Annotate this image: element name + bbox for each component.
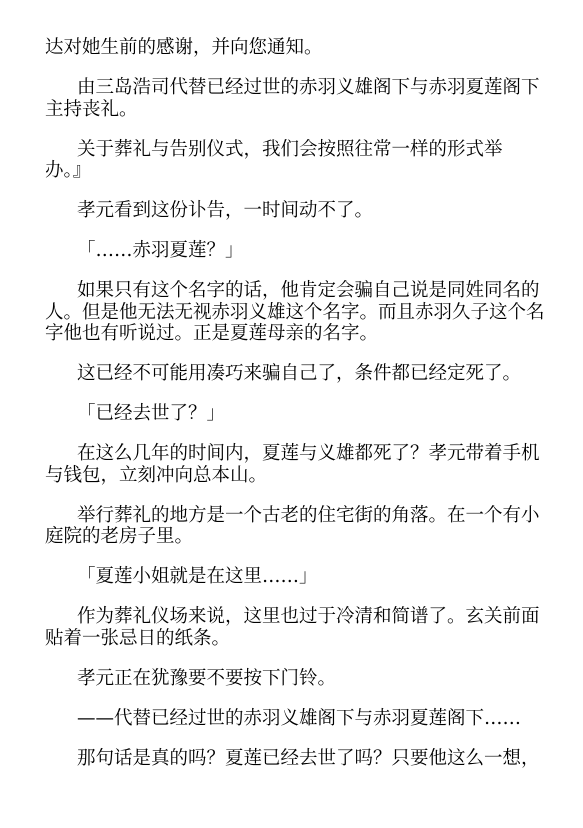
paragraph: 如果只有这个名字的话，他肯定会骗自己说是同姓同名的 人。但是他无法无视赤羽义雄这… (45, 280, 547, 345)
paragraph: 孝元正在犹豫要不要按下门铃。 (45, 668, 547, 690)
paragraph: 「……赤羽夏莲？」 (45, 240, 547, 262)
paragraph: 作为葬礼仪场来说，这里也过于冷清和简谱了。玄关前面 贴着一张忌日的纸条。 (45, 606, 547, 649)
paragraph: 那句话是真的吗？夏莲已经去世了吗？只要他这么一想， (45, 748, 547, 770)
paragraph: 达对她生前的感谢，并向您通知。 (45, 37, 547, 59)
paragraph: 关于葬礼与告别仪式，我们会按照往常一样的形式举 办。』 (45, 139, 547, 182)
paragraph: 「已经去世了？」 (45, 403, 547, 425)
paragraph: 「夏莲小姐就是在这里……」 (45, 566, 547, 588)
paragraph: 在这么几年的时间内，夏莲与义雄都死了？孝元带着手机 与钱包，立刻冲向总本山。 (45, 443, 547, 486)
paragraph: ——代替已经过世的赤羽义雄阁下与赤羽夏莲阁下…… (45, 708, 547, 730)
document-page: 达对她生前的感谢，并向您通知。 由三岛浩司代替已经过世的赤羽义雄阁下与赤羽夏莲阁… (0, 0, 583, 828)
paragraph: 孝元看到这份讣告，一时间动不了。 (45, 200, 547, 222)
paragraph: 这已经不可能用凑巧来骗自己了，条件都已经定死了。 (45, 363, 547, 385)
paragraph: 由三岛浩司代替已经过世的赤羽义雄阁下与赤羽夏莲阁下 主持丧礼。 (45, 77, 547, 120)
paragraph: 举行葬礼的地方是一个古老的住宅街的角落。在一个有小 庭院的老房子里。 (45, 505, 547, 548)
